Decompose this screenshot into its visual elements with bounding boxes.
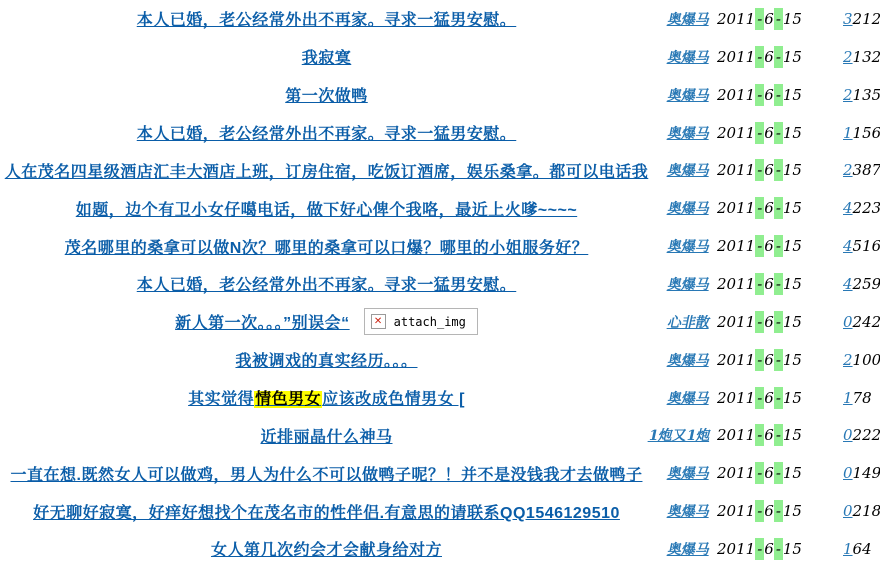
date-highlight: - bbox=[755, 500, 764, 522]
view-count: 242 bbox=[853, 313, 880, 331]
date-part: 15 bbox=[783, 313, 802, 331]
date-part: 6 bbox=[764, 464, 774, 482]
thread-title-link[interactable]: 第一次做鸭 bbox=[285, 83, 368, 106]
thread-author-cell: 奥爆马 bbox=[653, 47, 710, 67]
thread-title-link[interactable]: 本人已婚，老公经常外出不再家。寻求一猛男安慰。 bbox=[137, 272, 517, 295]
reply-count-link[interactable]: 3 bbox=[843, 10, 853, 28]
date-part: 15 bbox=[783, 464, 802, 482]
thread-title-link[interactable]: 我被调戏的真实经历。。。 bbox=[235, 348, 417, 371]
thread-date: 2011-6-15 bbox=[710, 351, 817, 369]
reply-count-link[interactable]: 2 bbox=[843, 161, 853, 179]
date-part: 15 bbox=[783, 426, 802, 444]
thread-title-link[interactable]: 本人已婚，老公经常外出不再家。寻求一猛男安慰。 bbox=[137, 7, 517, 30]
date-highlight: - bbox=[774, 311, 783, 333]
thread-author-cell: 奥爆马 bbox=[653, 123, 710, 143]
date-part: 15 bbox=[783, 86, 802, 104]
thread-row-14: 好无聊好寂寞，好痒好想找个在茂名市的性伴侣.有意思的请联系QQ154612951… bbox=[0, 492, 880, 530]
thread-date: 2011-6-15 bbox=[710, 10, 817, 28]
date-part: 2011 bbox=[717, 540, 755, 558]
thread-author-link[interactable]: 奥爆马 bbox=[666, 463, 712, 483]
thread-counts: 3212 bbox=[817, 10, 880, 28]
date-part: 15 bbox=[783, 124, 802, 142]
date-part: 15 bbox=[783, 389, 802, 407]
date-highlight: - bbox=[755, 538, 764, 560]
thread-author-link[interactable]: 奥爆马 bbox=[666, 236, 712, 256]
thread-title-link[interactable]: 如题，边个有卫小女仔噶电话，做下好心俾个我咯，最近上火嗲~~~~ bbox=[76, 197, 577, 220]
view-count: 516 bbox=[853, 237, 880, 255]
thread-row-3: 第一次做鸭 奥爆马 2011-6-15 2135 bbox=[0, 76, 880, 114]
thread-author-cell: 奥爆马 bbox=[653, 236, 710, 256]
date-part: 2011 bbox=[717, 389, 755, 407]
date-highlight: - bbox=[755, 462, 764, 484]
date-part: 2011 bbox=[717, 313, 755, 331]
thread-counts: 2100 bbox=[817, 351, 880, 369]
date-part: 2011 bbox=[717, 426, 755, 444]
thread-row-4: 本人已婚，老公经常外出不再家。寻求一猛男安慰。 奥爆马 2011-6-15 11… bbox=[0, 114, 880, 152]
date-highlight: - bbox=[774, 424, 783, 446]
reply-count-link[interactable]: 0 bbox=[843, 426, 853, 444]
thread-title-cell: 近排丽晶什么神马 bbox=[0, 424, 653, 447]
date-highlight: - bbox=[774, 273, 783, 295]
thread-row-2: 我寂寞 奥爆马 2011-6-15 2132 bbox=[0, 38, 880, 76]
thread-title-cell: 一直在想.既然女人可以做鸡，男人为什么不可以做鸭子呢？！并不是没钱我才去做鸭子 bbox=[0, 462, 653, 485]
thread-date: 2011-6-15 bbox=[710, 275, 817, 293]
thread-title-link[interactable]: 一直在想.既然女人可以做鸡，男人为什么不可以做鸭子呢？！并不是没钱我才去做鸭子 bbox=[11, 462, 643, 485]
reply-count-link[interactable]: 0 bbox=[843, 502, 853, 520]
date-highlight: - bbox=[774, 538, 783, 560]
reply-count-link[interactable]: 2 bbox=[843, 48, 853, 66]
thread-title-cell: 如题，边个有卫小女仔噶电话，做下好心俾个我咯，最近上火嗲~~~~ bbox=[0, 197, 653, 220]
search-term-highlight: 情色男女 bbox=[254, 391, 322, 408]
thread-counts: 0149 bbox=[817, 464, 880, 482]
thread-counts: 4259 bbox=[817, 275, 880, 293]
thread-author-link[interactable]: 奥爆马 bbox=[666, 85, 712, 105]
date-highlight: - bbox=[774, 122, 783, 144]
reply-count-link[interactable]: 2 bbox=[843, 86, 853, 104]
date-highlight: - bbox=[755, 387, 764, 409]
thread-title-link[interactable]: 近排丽晶什么神马 bbox=[260, 424, 392, 447]
thread-author-link[interactable]: 奥爆马 bbox=[666, 123, 712, 143]
date-highlight: - bbox=[774, 500, 783, 522]
thread-date: 2011-6-15 bbox=[710, 540, 817, 558]
thread-title-cell: 其实觉得情色男女应该改成色情男女 [ bbox=[0, 386, 653, 409]
date-part: 15 bbox=[783, 48, 802, 66]
thread-author-cell: 奥爆马 bbox=[653, 9, 710, 29]
thread-title-cell: 本人已婚，老公经常外出不再家。寻求一猛男安慰。 bbox=[0, 121, 653, 144]
thread-date: 2011-6-15 bbox=[710, 48, 817, 66]
attachment-broken-image[interactable]: ✕attach_img bbox=[364, 308, 478, 335]
thread-date: 2011-6-15 bbox=[710, 199, 817, 217]
thread-date: 2011-6-15 bbox=[710, 161, 817, 179]
date-part: 6 bbox=[764, 10, 774, 28]
date-highlight: - bbox=[755, 8, 764, 30]
thread-author-link[interactable]: 奥爆马 bbox=[666, 9, 712, 29]
thread-title-cell: 新人第一次。。。”别误会“ ✕attach_img bbox=[0, 308, 653, 335]
thread-title-cell: 人在茂名四星级酒店汇丰大酒店上班，订房住宿，吃饭订酒席，娱乐桑拿。都可以电话我 bbox=[0, 159, 653, 182]
reply-count-link[interactable]: 2 bbox=[843, 351, 853, 369]
date-part: 2011 bbox=[717, 86, 755, 104]
date-part: 6 bbox=[764, 502, 774, 520]
date-highlight: - bbox=[774, 84, 783, 106]
reply-count-link[interactable]: 4 bbox=[843, 275, 853, 293]
date-part: 6 bbox=[764, 124, 774, 142]
reply-count-link[interactable]: 0 bbox=[843, 464, 853, 482]
thread-counts: 2135 bbox=[817, 86, 880, 104]
date-part: 2011 bbox=[717, 10, 755, 28]
date-highlight: - bbox=[755, 122, 764, 144]
date-part: 2011 bbox=[717, 48, 755, 66]
date-part: 15 bbox=[783, 502, 802, 520]
thread-list: 本人已婚，老公经常外出不再家。寻求一猛男安慰。 奥爆马 2011-6-15 32… bbox=[0, 0, 880, 568]
thread-author-cell: 1炮又1炮 bbox=[653, 425, 710, 445]
thread-counts: 0218 bbox=[817, 502, 880, 520]
date-part: 2011 bbox=[717, 464, 755, 482]
thread-row-7: 茂名哪里的桑拿可以做N次？哪里的桑拿可以口爆？哪里的小姐服务好？ 奥爆马 201… bbox=[0, 227, 880, 265]
date-highlight: - bbox=[755, 349, 764, 371]
thread-title-cell: 本人已婚，老公经常外出不再家。寻求一猛男安慰。 bbox=[0, 272, 653, 295]
thread-date: 2011-6-15 bbox=[710, 237, 817, 255]
thread-title-link[interactable]: 茂名哪里的桑拿可以做N次？哪里的桑拿可以口爆？哪里的小姐服务好？ bbox=[65, 235, 589, 258]
view-count: 100 bbox=[853, 351, 880, 369]
thread-author-cell: 奥爆马 bbox=[653, 198, 710, 218]
thread-row-6: 如题，边个有卫小女仔噶电话，做下好心俾个我咯，最近上火嗲~~~~ 奥爆马 201… bbox=[0, 189, 880, 227]
thread-title-cell: 茂名哪里的桑拿可以做N次？哪里的桑拿可以口爆？哪里的小姐服务好？ bbox=[0, 235, 653, 258]
date-part: 2011 bbox=[717, 199, 755, 217]
date-part: 2011 bbox=[717, 124, 755, 142]
thread-author-link[interactable]: 奥爆马 bbox=[666, 350, 712, 370]
date-highlight: - bbox=[774, 8, 783, 30]
thread-author-link[interactable]: 奥爆马 bbox=[666, 388, 712, 408]
date-highlight: - bbox=[774, 159, 783, 181]
thread-counts: 0242 bbox=[817, 313, 880, 331]
thread-row-10: 我被调戏的真实经历。。。 奥爆马 2011-6-15 2100 bbox=[0, 341, 880, 379]
thread-author-cell: 心非散 bbox=[653, 312, 710, 332]
thread-row-5: 人在茂名四星级酒店汇丰大酒店上班，订房住宿，吃饭订酒席，娱乐桑拿。都可以电话我 … bbox=[0, 151, 880, 189]
date-highlight: - bbox=[774, 462, 783, 484]
date-part: 15 bbox=[783, 10, 802, 28]
thread-title-link[interactable]: 人在茂名四星级酒店汇丰大酒店上班，订房住宿，吃饭订酒席，娱乐桑拿。都可以电话我 bbox=[5, 159, 649, 182]
view-count: 218 bbox=[853, 502, 880, 520]
date-highlight: - bbox=[755, 159, 764, 181]
thread-title-link[interactable]: 本人已婚，老公经常外出不再家。寻求一猛男安慰。 bbox=[137, 121, 517, 144]
thread-author-link[interactable]: 奥爆马 bbox=[666, 47, 712, 67]
reply-count-link[interactable]: 0 bbox=[843, 313, 853, 331]
thread-author-link[interactable]: 奥爆马 bbox=[666, 539, 712, 559]
thread-author-cell: 奥爆马 bbox=[653, 501, 710, 521]
date-part: 6 bbox=[764, 161, 774, 179]
thread-counts: 1156 bbox=[817, 124, 880, 142]
view-count: 156 bbox=[853, 124, 880, 142]
date-part: 6 bbox=[764, 237, 774, 255]
thread-row-12: 近排丽晶什么神马 1炮又1炮 2011-6-15 0222 bbox=[0, 416, 880, 454]
date-highlight: - bbox=[755, 197, 764, 219]
thread-row-11: 其实觉得情色男女应该改成色情男女 [ 奥爆马 2011-6-15 178 bbox=[0, 379, 880, 417]
date-highlight: - bbox=[755, 84, 764, 106]
date-part: 6 bbox=[764, 426, 774, 444]
thread-row-1: 本人已婚，老公经常外出不再家。寻求一猛男安慰。 奥爆马 2011-6-15 32… bbox=[0, 0, 880, 38]
thread-author-cell: 奥爆马 bbox=[653, 350, 710, 370]
date-part: 15 bbox=[783, 237, 802, 255]
date-part: 6 bbox=[764, 48, 774, 66]
reply-count-link[interactable]: 1 bbox=[843, 540, 853, 558]
date-highlight: - bbox=[755, 311, 764, 333]
thread-author-cell: 奥爆马 bbox=[653, 539, 710, 559]
date-part: 2011 bbox=[717, 161, 755, 179]
view-count: 212 bbox=[853, 10, 880, 28]
thread-author-link[interactable]: 奥爆马 bbox=[666, 274, 712, 294]
date-highlight: - bbox=[774, 46, 783, 68]
thread-title-cell: 我寂寞 bbox=[0, 45, 653, 68]
thread-date: 2011-6-15 bbox=[710, 124, 817, 142]
thread-title-cell: 本人已婚，老公经常外出不再家。寻求一猛男安慰。 bbox=[0, 7, 653, 30]
broken-image-icon: ✕ bbox=[371, 314, 386, 329]
date-part: 6 bbox=[764, 199, 774, 217]
date-highlight: - bbox=[755, 235, 764, 257]
date-part: 2011 bbox=[717, 351, 755, 369]
reply-count-link[interactable]: 1 bbox=[843, 124, 853, 142]
thread-title-cell: 我被调戏的真实经历。。。 bbox=[0, 348, 653, 371]
date-part: 15 bbox=[783, 199, 802, 217]
view-count: 64 bbox=[853, 540, 872, 558]
reply-count-link[interactable]: 4 bbox=[843, 237, 853, 255]
thread-row-9: 新人第一次。。。”别误会“ ✕attach_img 心非散 2011-6-15 … bbox=[0, 303, 880, 341]
thread-title-link[interactable]: 其实觉得情色男女应该改成色情男女 [ bbox=[188, 386, 465, 409]
date-part: 2011 bbox=[717, 275, 755, 293]
thread-author-cell: 奥爆马 bbox=[653, 388, 710, 408]
view-count: 132 bbox=[853, 48, 880, 66]
thread-date: 2011-6-15 bbox=[710, 464, 817, 482]
title-text: 应该改成色情男女 [ bbox=[322, 391, 465, 408]
thread-title-cell: 好无聊好寂寞，好痒好想找个在茂名市的性伴侣.有意思的请联系QQ154612951… bbox=[0, 500, 653, 523]
thread-counts: 2132 bbox=[817, 48, 880, 66]
thread-counts: 4516 bbox=[817, 237, 880, 255]
thread-date: 2011-6-15 bbox=[710, 313, 817, 331]
date-part: 15 bbox=[783, 275, 802, 293]
thread-counts: 0222 bbox=[817, 426, 880, 444]
thread-title-link[interactable]: 好无聊好寂寞，好痒好想找个在茂名市的性伴侣.有意思的请联系QQ154612951… bbox=[33, 500, 620, 523]
view-count: 259 bbox=[853, 275, 880, 293]
date-part: 6 bbox=[764, 351, 774, 369]
view-count: 149 bbox=[853, 464, 880, 482]
title-text: 其实觉得 bbox=[188, 391, 254, 408]
thread-author-cell: 奥爆马 bbox=[653, 160, 710, 180]
date-highlight: - bbox=[774, 197, 783, 219]
view-count: 387 bbox=[853, 161, 880, 179]
date-part: 6 bbox=[764, 540, 774, 558]
date-highlight: - bbox=[774, 387, 783, 409]
date-part: 2011 bbox=[717, 502, 755, 520]
thread-date: 2011-6-15 bbox=[710, 426, 817, 444]
thread-author-cell: 奥爆马 bbox=[653, 274, 710, 294]
thread-author-link[interactable]: 奥爆马 bbox=[666, 160, 712, 180]
thread-author-link[interactable]: 奥爆马 bbox=[666, 198, 712, 218]
date-part: 15 bbox=[783, 161, 802, 179]
thread-author-cell: 奥爆马 bbox=[653, 463, 710, 483]
date-highlight: - bbox=[755, 46, 764, 68]
thread-author-link[interactable]: 1炮又1炮 bbox=[646, 425, 712, 445]
thread-date: 2011-6-15 bbox=[710, 86, 817, 104]
view-count: 78 bbox=[853, 389, 872, 407]
date-part: 6 bbox=[764, 275, 774, 293]
date-part: 6 bbox=[764, 389, 774, 407]
reply-count-link[interactable]: 4 bbox=[843, 199, 853, 217]
thread-counts: 4223 bbox=[817, 199, 880, 217]
thread-row-13: 一直在想.既然女人可以做鸡，男人为什么不可以做鸭子呢？！并不是没钱我才去做鸭子 … bbox=[0, 454, 880, 492]
date-highlight: - bbox=[774, 235, 783, 257]
thread-title-cell: 女人第几次约会才会献身给对方 bbox=[0, 537, 653, 560]
thread-row-15: 女人第几次约会才会献身给对方 奥爆马 2011-6-15 164 bbox=[0, 530, 880, 568]
thread-title-link[interactable]: 我寂寞 bbox=[302, 45, 352, 68]
view-count: 135 bbox=[853, 86, 880, 104]
date-highlight: - bbox=[755, 273, 764, 295]
thread-author-link[interactable]: 奥爆马 bbox=[666, 501, 712, 521]
thread-row-8: 本人已婚，老公经常外出不再家。寻求一猛男安慰。 奥爆马 2011-6-15 42… bbox=[0, 265, 880, 303]
date-part: 6 bbox=[764, 313, 774, 331]
date-highlight: - bbox=[755, 424, 764, 446]
thread-counts: 2387 bbox=[817, 161, 880, 179]
thread-date: 2011-6-15 bbox=[710, 389, 817, 407]
reply-count-link[interactable]: 1 bbox=[843, 389, 853, 407]
date-part: 15 bbox=[783, 351, 802, 369]
thread-author-cell: 奥爆马 bbox=[653, 85, 710, 105]
thread-counts: 164 bbox=[817, 540, 880, 558]
attachment-alt-text: attach_img bbox=[394, 315, 466, 329]
thread-author-link[interactable]: 心非散 bbox=[666, 312, 712, 332]
thread-title-link[interactable]: 女人第几次约会才会献身给对方 bbox=[211, 537, 442, 560]
view-count: 222 bbox=[853, 426, 880, 444]
thread-date: 2011-6-15 bbox=[710, 502, 817, 520]
date-highlight: - bbox=[774, 349, 783, 371]
date-part: 2011 bbox=[717, 237, 755, 255]
thread-title-cell: 第一次做鸭 bbox=[0, 83, 653, 106]
date-part: 6 bbox=[764, 86, 774, 104]
thread-title-link[interactable]: 新人第一次。。。”别误会“ bbox=[175, 310, 350, 333]
date-part: 15 bbox=[783, 540, 802, 558]
view-count: 223 bbox=[853, 199, 880, 217]
thread-counts: 178 bbox=[817, 389, 880, 407]
